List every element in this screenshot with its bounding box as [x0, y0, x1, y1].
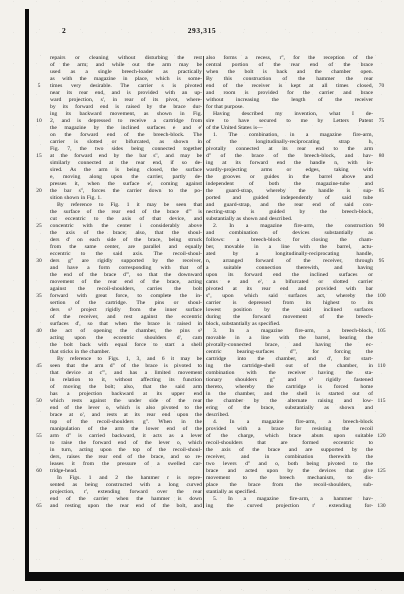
line-text: from the same center, are parallel and e… — [50, 244, 202, 251]
line-text: leases it from the pressure of a swelled… — [50, 461, 202, 468]
line-text: tionary shoulders g'' and s² rigidly fas… — [206, 377, 373, 384]
line-text: ders g'' are rigidly supported by the re… — [50, 258, 202, 265]
text-line: 60tridge-head. — [28, 468, 202, 475]
line-text: ders, raises the rear end of the brace, … — [50, 454, 202, 461]
line-number — [28, 195, 50, 202]
text-line: the axis of the brace; also, that the sh… — [28, 230, 202, 237]
patent-page: 2 293,315 repairs or cleaning without di… — [0, 0, 404, 594]
line-number — [28, 384, 50, 391]
text-line: stantially as specified. — [206, 489, 390, 496]
line-text: that sticks in the chamber. — [50, 349, 202, 356]
line-text: and have a form corresponding with that … — [50, 265, 202, 272]
line-number — [373, 412, 390, 419]
line-number — [28, 279, 50, 286]
line-number — [373, 104, 390, 111]
line-text: to raise the forward end of the lever o,… — [50, 440, 202, 447]
line-text: combination with the receiver having the… — [206, 370, 373, 377]
text-line: combination with the receiver having the… — [206, 370, 390, 377]
text-line: end of the receiver is kept at all times… — [206, 83, 390, 90]
line-text: of the longitudinally-reciprocating stra… — [206, 139, 373, 146]
line-text: in the chamber, and the shell is started… — [206, 391, 373, 398]
line-number: 10 — [28, 118, 50, 125]
line-number — [28, 216, 50, 223]
line-text: substantially as shown and described. — [206, 216, 373, 223]
text-line: ported and guided independently of said … — [206, 195, 390, 202]
line-number — [373, 307, 390, 314]
text-line: leases it from the pressure of a swelled… — [28, 461, 202, 468]
line-number — [28, 55, 50, 62]
line-text: end of the carrier when the hammer is do… — [50, 496, 202, 503]
line-number — [28, 69, 50, 76]
line-number — [373, 461, 390, 468]
line-number — [28, 419, 50, 426]
line-number — [373, 174, 390, 181]
text-line: similarly connected at the rear end, if … — [28, 160, 202, 167]
text-line: 1. The combination, in a magazine fire-a… — [206, 132, 390, 139]
line-text: without increasing the length of the rec… — [206, 97, 373, 104]
line-text: and combination of devices substantially… — [206, 230, 373, 237]
line-number — [28, 104, 50, 111]
text-line: ing its backward movement, as shown in F… — [28, 111, 202, 118]
text-line: in turn, acting upon the top of the reco… — [28, 447, 202, 454]
line-number: 55 — [28, 433, 50, 440]
text-line: 55arm d'' is carried backward, it acts a… — [28, 433, 202, 440]
text-line: carrier is slotted or bifurcated, as sho… — [28, 139, 202, 146]
line-text: carrier is slotted or bifurcated, as sho… — [50, 139, 202, 146]
line-text: ing the cartridge-shell out of the chamb… — [206, 363, 373, 370]
line-text: cut eccentric to the axis of that device… — [50, 216, 202, 223]
line-number — [28, 335, 50, 342]
line-text: when the bolt is back and the chamber op… — [206, 69, 373, 76]
text-line: presses it, when the surface e', coming … — [28, 181, 202, 188]
line-text: near its rear end, and is provided with … — [50, 90, 202, 97]
line-number — [28, 97, 50, 104]
line-text: ing the curved projection r' extending f… — [206, 503, 373, 510]
line-number — [373, 237, 390, 244]
line-number — [373, 272, 390, 279]
line-number — [28, 370, 50, 377]
text-line: described. — [206, 412, 390, 419]
line-text: of moving the bolt; also, that the said … — [50, 384, 202, 391]
line-number — [373, 230, 390, 237]
line-text: in relation to it, without affecting its… — [50, 377, 202, 384]
text-line: the guard-strap, whereby the handle is s… — [206, 188, 390, 195]
line-number — [373, 111, 390, 118]
line-text: By reference to Fig. 1 it may be seen th… — [50, 202, 202, 209]
text-line: central portion of the rear end of the b… — [206, 62, 390, 69]
line-text: similarly connected at the rear end, if … — [50, 160, 202, 167]
line-text: sire to have secured to me by Letters Pa… — [206, 118, 373, 125]
line-text: arm d'' is carried backward, it acts as … — [50, 433, 202, 440]
line-number: 65 — [28, 503, 50, 510]
line-number — [28, 209, 50, 216]
line-text: By this construction of the hammer the r… — [206, 76, 373, 83]
line-text: carrier is depressed from its highest to… — [206, 300, 373, 307]
line-text: ders d' on each side of the brace, being… — [50, 237, 202, 244]
text-line: of moving the bolt; also, that the said … — [28, 384, 202, 391]
line-text: two levers d'' and o, both being pivoted… — [206, 461, 373, 468]
line-text: during the forward movement of the breec… — [206, 314, 373, 321]
line-text: has a projection backward at its upper e… — [50, 391, 202, 398]
text-line: 2. In a magazine fire-arm, the construct… — [206, 223, 390, 230]
line-text: of the United States is— — [206, 125, 373, 132]
line-text: the grooves or guides in the barrel abov… — [206, 174, 373, 181]
line-text: pivoted at its rear end and provided wit… — [206, 286, 373, 293]
line-text: and resting upon the rear end of the bol… — [50, 503, 202, 510]
text-line: a suitable connection therewith, and hav… — [206, 265, 390, 272]
line-number — [28, 321, 50, 328]
line-text: 4. In a magazine fire-arm, a breech-bloc… — [206, 419, 373, 426]
line-number: 125 — [373, 468, 390, 475]
text-line: the magazine by the inclined surfaces e … — [28, 125, 202, 132]
text-line: against the recoil-shoulders, carries th… — [28, 286, 202, 293]
line-text: end of the receiver is kept at all times… — [206, 83, 373, 90]
text-line: end of the lever o, which is also pivote… — [28, 405, 202, 412]
line-text: the axis of the brace; also, that the sh… — [50, 230, 202, 237]
line-number: 100 — [373, 293, 390, 300]
text-line: Having described my invention, what I de… — [206, 111, 390, 118]
line-text: that device at c''', and has a limited m… — [50, 370, 202, 377]
line-number: 20 — [28, 188, 50, 195]
line-number — [373, 419, 390, 426]
text-line: carrier is depressed from its highest to… — [206, 300, 390, 307]
line-number — [373, 132, 390, 139]
line-number — [373, 384, 390, 391]
line-number — [28, 167, 50, 174]
text-line: cartridge into the chamber, and d', for … — [206, 356, 390, 363]
line-text: on the forward end of the breech-block. … — [50, 132, 202, 139]
line-number — [28, 377, 50, 384]
column-divider — [203, 56, 204, 508]
line-text: movement to the breech mechanism, to dis… — [206, 475, 373, 482]
line-text: by its forward end is raised by the brac… — [50, 104, 202, 111]
line-number — [373, 321, 390, 328]
line-text: pivotally-connected brace, and having th… — [206, 342, 373, 349]
text-line: sition shown in Fig. 1. — [28, 195, 202, 202]
text-line: the grooves or guides in the barrel abov… — [206, 174, 390, 181]
text-line: By reference to Figs. 1, 3, and 6 it may… — [28, 356, 202, 363]
line-text: top of the recoil-shoulders g''. When in… — [50, 419, 202, 426]
text-line: provided with a brace for resisting the … — [206, 426, 390, 433]
line-number: 35 — [28, 293, 50, 300]
line-number: 40 — [28, 328, 50, 335]
line-text: ported and guided independently of said … — [206, 195, 373, 202]
line-text: a suitable connection therewith, and hav… — [206, 265, 373, 272]
line-number — [373, 76, 390, 83]
text-line: used as a single breech-loader as practi… — [28, 69, 202, 76]
line-number — [373, 391, 390, 398]
text-line: thereto, whereby the cartridge is forced… — [206, 384, 390, 391]
line-number — [28, 244, 50, 251]
text-line: n, arranged forward of the receiver, thr… — [206, 258, 390, 265]
line-number: 45 — [28, 363, 50, 370]
line-text: eccentric to the said axis. The recoil-s… — [50, 251, 202, 258]
line-text: against the recoil-shoulders, carries th… — [50, 286, 202, 293]
text-line: brace and acted upon by the devices that… — [206, 468, 390, 475]
line-text: upon its forward end the inclined surfac… — [206, 272, 373, 279]
line-text: ing its backward movement, as shown in F… — [50, 111, 202, 118]
text-line: that sticks in the chamber. — [28, 349, 202, 356]
line-text: projection, r', extending forward over t… — [50, 489, 202, 496]
line-number — [373, 216, 390, 223]
text-line: has a projection backward at its upper e… — [28, 391, 202, 398]
text-line: pivotally-connected brace, and having th… — [206, 342, 390, 349]
line-number — [28, 132, 50, 139]
text-line: By reference to Fig. 1 it may be seen th… — [28, 202, 202, 209]
text-line: top of the recoil-shoulders g''. When in… — [28, 419, 202, 426]
line-number: 110 — [373, 363, 390, 370]
line-number — [28, 272, 50, 279]
line-number — [373, 160, 390, 167]
text-line: and have a form corresponding with that … — [28, 265, 202, 272]
line-number — [28, 440, 50, 447]
line-text: times very desirable. The carrier s is p… — [50, 83, 202, 90]
text-line: ing the curved projection r' extending f… — [206, 503, 390, 510]
line-number — [373, 195, 390, 202]
line-text: used as a single breech-loader as practi… — [50, 69, 202, 76]
line-text: recoil-shoulders that are formed eccentr… — [206, 440, 373, 447]
text-line: that device at c''', and has a limited m… — [28, 370, 202, 377]
line-text: independent of both the magazine-tube an… — [206, 181, 373, 188]
line-number: 15 — [28, 153, 50, 160]
line-text: n, arranged forward of the receiver, thr… — [206, 258, 373, 265]
text-line: when the bolt is back and the chamber op… — [206, 69, 390, 76]
text-line: pivoted at its rear end and provided wit… — [206, 286, 390, 293]
text-line: sire to have secured to me by Letters Pa… — [206, 118, 390, 125]
line-number — [28, 174, 50, 181]
text-line: on the forward end of the breech-block. … — [28, 132, 202, 139]
line-text: Having described my invention, what I de… — [206, 111, 373, 118]
text-line: ward projection, s', in rear of its pivo… — [28, 97, 202, 104]
text-line: from the same center, are parallel and e… — [28, 244, 202, 251]
line-number — [373, 377, 390, 384]
line-text: tridge-head. — [50, 468, 202, 475]
line-text: the magazine by the inclined surfaces e … — [50, 125, 202, 132]
line-text: ders s² project rigidly from the inner s… — [50, 307, 202, 314]
line-number: 105 — [373, 328, 390, 335]
text-line: substantially as shown and described. — [206, 216, 390, 223]
text-line: repairs or cleaning without disturbing t… — [28, 55, 202, 62]
line-number — [28, 356, 50, 363]
line-text: seen that the arm d'' of the brace is pi… — [50, 363, 202, 370]
line-number — [28, 125, 50, 132]
text-line: near its rear end, and is provided with … — [28, 90, 202, 97]
line-text: repairs or cleaning without disturbing t… — [50, 55, 202, 62]
text-line: the chamber by the alternate raising and… — [206, 398, 390, 405]
text-line: 3. In a magazine fire-arm, a breech-bloc… — [206, 328, 390, 335]
line-text: of the receiver, and rest against the ec… — [50, 314, 202, 321]
text-line: d'' of the brace of the breech-block, an… — [206, 153, 390, 160]
text-line: 5. In a magazine fire-arm, a hammer hav- — [206, 496, 390, 503]
line-number — [373, 244, 390, 251]
line-number — [28, 461, 50, 468]
line-number — [373, 55, 390, 62]
line-number: 90 — [373, 223, 390, 230]
line-number — [373, 90, 390, 97]
line-text: place the brace from the recoil-shoulder… — [206, 482, 373, 489]
line-number: 30 — [28, 258, 50, 265]
text-line: eccentric to the said axis. The recoil-s… — [28, 251, 202, 258]
text-line: ders, raises the rear end of the brace, … — [28, 454, 202, 461]
line-text: brace and acted upon by the devices that… — [206, 468, 373, 475]
text-line: receiver, and in combination therewith t… — [206, 454, 390, 461]
line-number — [28, 475, 50, 482]
line-number — [373, 181, 390, 188]
line-number — [373, 300, 390, 307]
line-number — [28, 181, 50, 188]
line-number — [28, 230, 50, 237]
line-text: in turn, acting upon the top of the reco… — [50, 447, 202, 454]
line-text: thereto, whereby the cartridge is forced… — [206, 384, 373, 391]
line-text: at the forward end by the bar s'', and m… — [50, 153, 202, 160]
line-number — [373, 286, 390, 293]
text-line: for that purpose. — [206, 104, 390, 111]
line-number: 120 — [373, 433, 390, 440]
line-text: concentric with the center i considerabl… — [50, 223, 202, 230]
text-line: upon its forward end the inclined surfac… — [206, 272, 390, 279]
page-body: repairs or cleaning without disturbing t… — [28, 55, 390, 510]
line-text: 2. In a magazine fire-arm, the construct… — [206, 223, 373, 230]
line-number — [28, 496, 50, 503]
line-text: and room is provided for the carrier and… — [206, 90, 373, 97]
line-number — [373, 356, 390, 363]
line-text: sented as being constructed with a long … — [50, 482, 202, 489]
line-text: sition shown in Fig. 1. — [50, 195, 202, 202]
text-line: of the United States is— — [206, 125, 390, 132]
line-number — [28, 265, 50, 272]
line-text: sired. As the arm is being closed, the s… — [50, 167, 202, 174]
line-number: 5 — [28, 83, 50, 90]
line-number — [373, 349, 390, 356]
text-line: of the receiver, and rest against the ec… — [28, 314, 202, 321]
text-line: necting-strap is guided by the breech-bl… — [206, 209, 390, 216]
text-line: movement to the breech mechanism, to dis… — [206, 475, 390, 482]
text-line: and combination of devices substantially… — [206, 230, 390, 237]
text-line: ders s² project rigidly from the inner s… — [28, 307, 202, 314]
text-line: of the charge, which brace abuts upon su… — [206, 433, 390, 440]
text-line: two levers d'' and o, both being pivoted… — [206, 461, 390, 468]
text-line: 65and resting upon the rear end of the b… — [28, 503, 202, 510]
line-number — [28, 307, 50, 314]
line-text: ber, movable in a line with the barrel, … — [206, 244, 373, 251]
line-number: 25 — [28, 223, 50, 230]
line-number — [28, 286, 50, 293]
line-text: 5. In a magazine fire-arm, a hammer hav- — [206, 496, 373, 503]
text-line: ber, movable in a line with the barrel, … — [206, 244, 390, 251]
text-line: 20the bar s'', forces the carrier down t… — [28, 188, 202, 195]
line-number — [373, 426, 390, 433]
line-text: pivotally connected at its rear end to t… — [206, 146, 373, 153]
line-text: stantially as specified. — [206, 489, 373, 496]
line-number — [28, 300, 50, 307]
line-text: In Figs. 1 and 2 the hammer r is repre- — [50, 475, 202, 482]
line-number — [373, 69, 390, 76]
text-line: in relation to it, without affecting its… — [28, 377, 202, 384]
text-line: ing the cartridge-shell out of the chamb… — [206, 363, 390, 370]
text-line: movable in a line with the barrel, beari… — [206, 335, 390, 342]
text-line: By this construction of the hammer the r… — [206, 76, 390, 83]
text-line: also forms a recess, r'', for the recept… — [206, 55, 390, 62]
line-number — [373, 496, 390, 503]
line-text: the axis of the brace and are supported … — [206, 447, 373, 454]
text-line: s'', upon which said surfaces act, where… — [206, 293, 390, 300]
text-line: the surface of the rear end of the brace… — [28, 209, 202, 216]
text-line: manipulation of the arm the lower end of… — [28, 426, 202, 433]
line-number: 70 — [373, 83, 390, 90]
text-line: end of the carrier when the hammer is do… — [28, 496, 202, 503]
line-number: 95 — [373, 258, 390, 265]
text-line: as with the magazine in place, which is … — [28, 76, 202, 83]
line-number — [28, 454, 50, 461]
line-text: end of the lever o, which is also pivote… — [50, 405, 202, 412]
text-line: e, moving along upon the carrier, partly… — [28, 174, 202, 181]
text-line: Fig. 7, the two sides being connected to… — [28, 146, 202, 153]
line-text: lowest position by the said inclined sur… — [206, 307, 373, 314]
text-line: surfaces d', so that when the brace is r… — [28, 321, 202, 328]
line-number — [373, 97, 390, 104]
text-line: block, substantially as specified. — [206, 321, 390, 328]
line-number — [28, 349, 50, 356]
line-number — [28, 251, 50, 258]
text-line: cut eccentric to the axis of that device… — [28, 216, 202, 223]
text-line: by its forward end is raised by the brac… — [28, 104, 202, 111]
text-line: the end of the brace d''', so that the d… — [28, 272, 202, 279]
text-line: and room is provided for the carrier and… — [206, 90, 390, 97]
line-number — [28, 139, 50, 146]
line-number — [373, 475, 390, 482]
line-number — [373, 447, 390, 454]
line-number — [28, 447, 50, 454]
text-line: to raise the forward end of the lever o,… — [28, 440, 202, 447]
line-number — [373, 251, 390, 258]
line-text: acting upon the eccentric shoulders d', … — [50, 335, 202, 342]
line-number — [373, 489, 390, 496]
line-text: cams e and e', a bifurcated or slotted c… — [206, 279, 373, 286]
line-text: of the arm; and while out the arm may be — [50, 62, 202, 69]
line-text: By reference to Figs. 1, 3, and 6 it may… — [50, 356, 202, 363]
text-line: and guard-strap, and the rear end of sai… — [206, 202, 390, 209]
line-text: follows: a breech-block for closing the … — [206, 237, 373, 244]
line-text: the chamber by the alternate raising and… — [206, 398, 373, 405]
line-number — [28, 90, 50, 97]
line-number — [373, 202, 390, 209]
line-number: 50 — [28, 398, 50, 405]
line-text: ing at its forward end the handle n, wit… — [206, 160, 373, 167]
text-line: lowest position by the said inclined sur… — [206, 307, 390, 314]
line-text: movable in a line with the barrel, beari… — [206, 335, 373, 342]
text-line: In Figs. 1 and 2 the hammer r is repre- — [28, 475, 202, 482]
line-number — [28, 391, 50, 398]
text-line: during the forward movement of the breec… — [206, 314, 390, 321]
line-text: manipulation of the arm the lower end of… — [50, 426, 202, 433]
line-text: surfaces d', so that when the brace is r… — [50, 321, 202, 328]
line-text: presses it, when the surface e', coming … — [50, 181, 202, 188]
text-line: 50which rests against the under side of … — [28, 398, 202, 405]
line-number: 60 — [28, 468, 50, 475]
text-line: 5times very desirable. The carrier s is … — [28, 83, 202, 90]
line-number — [28, 405, 50, 412]
line-number: 115 — [373, 398, 390, 405]
line-number — [373, 146, 390, 153]
line-text: 1. The combination, in a magazine fire-a… — [206, 132, 373, 139]
line-number — [28, 146, 50, 153]
line-number — [28, 426, 50, 433]
line-text: the bolt back with equal force to start … — [50, 342, 202, 349]
line-number — [373, 370, 390, 377]
page-header: 2 293,315 — [0, 25, 404, 37]
text-line: of the arm; and while out the arm may be — [28, 62, 202, 69]
line-text: the act of opening the chamber, the pins… — [50, 328, 202, 335]
